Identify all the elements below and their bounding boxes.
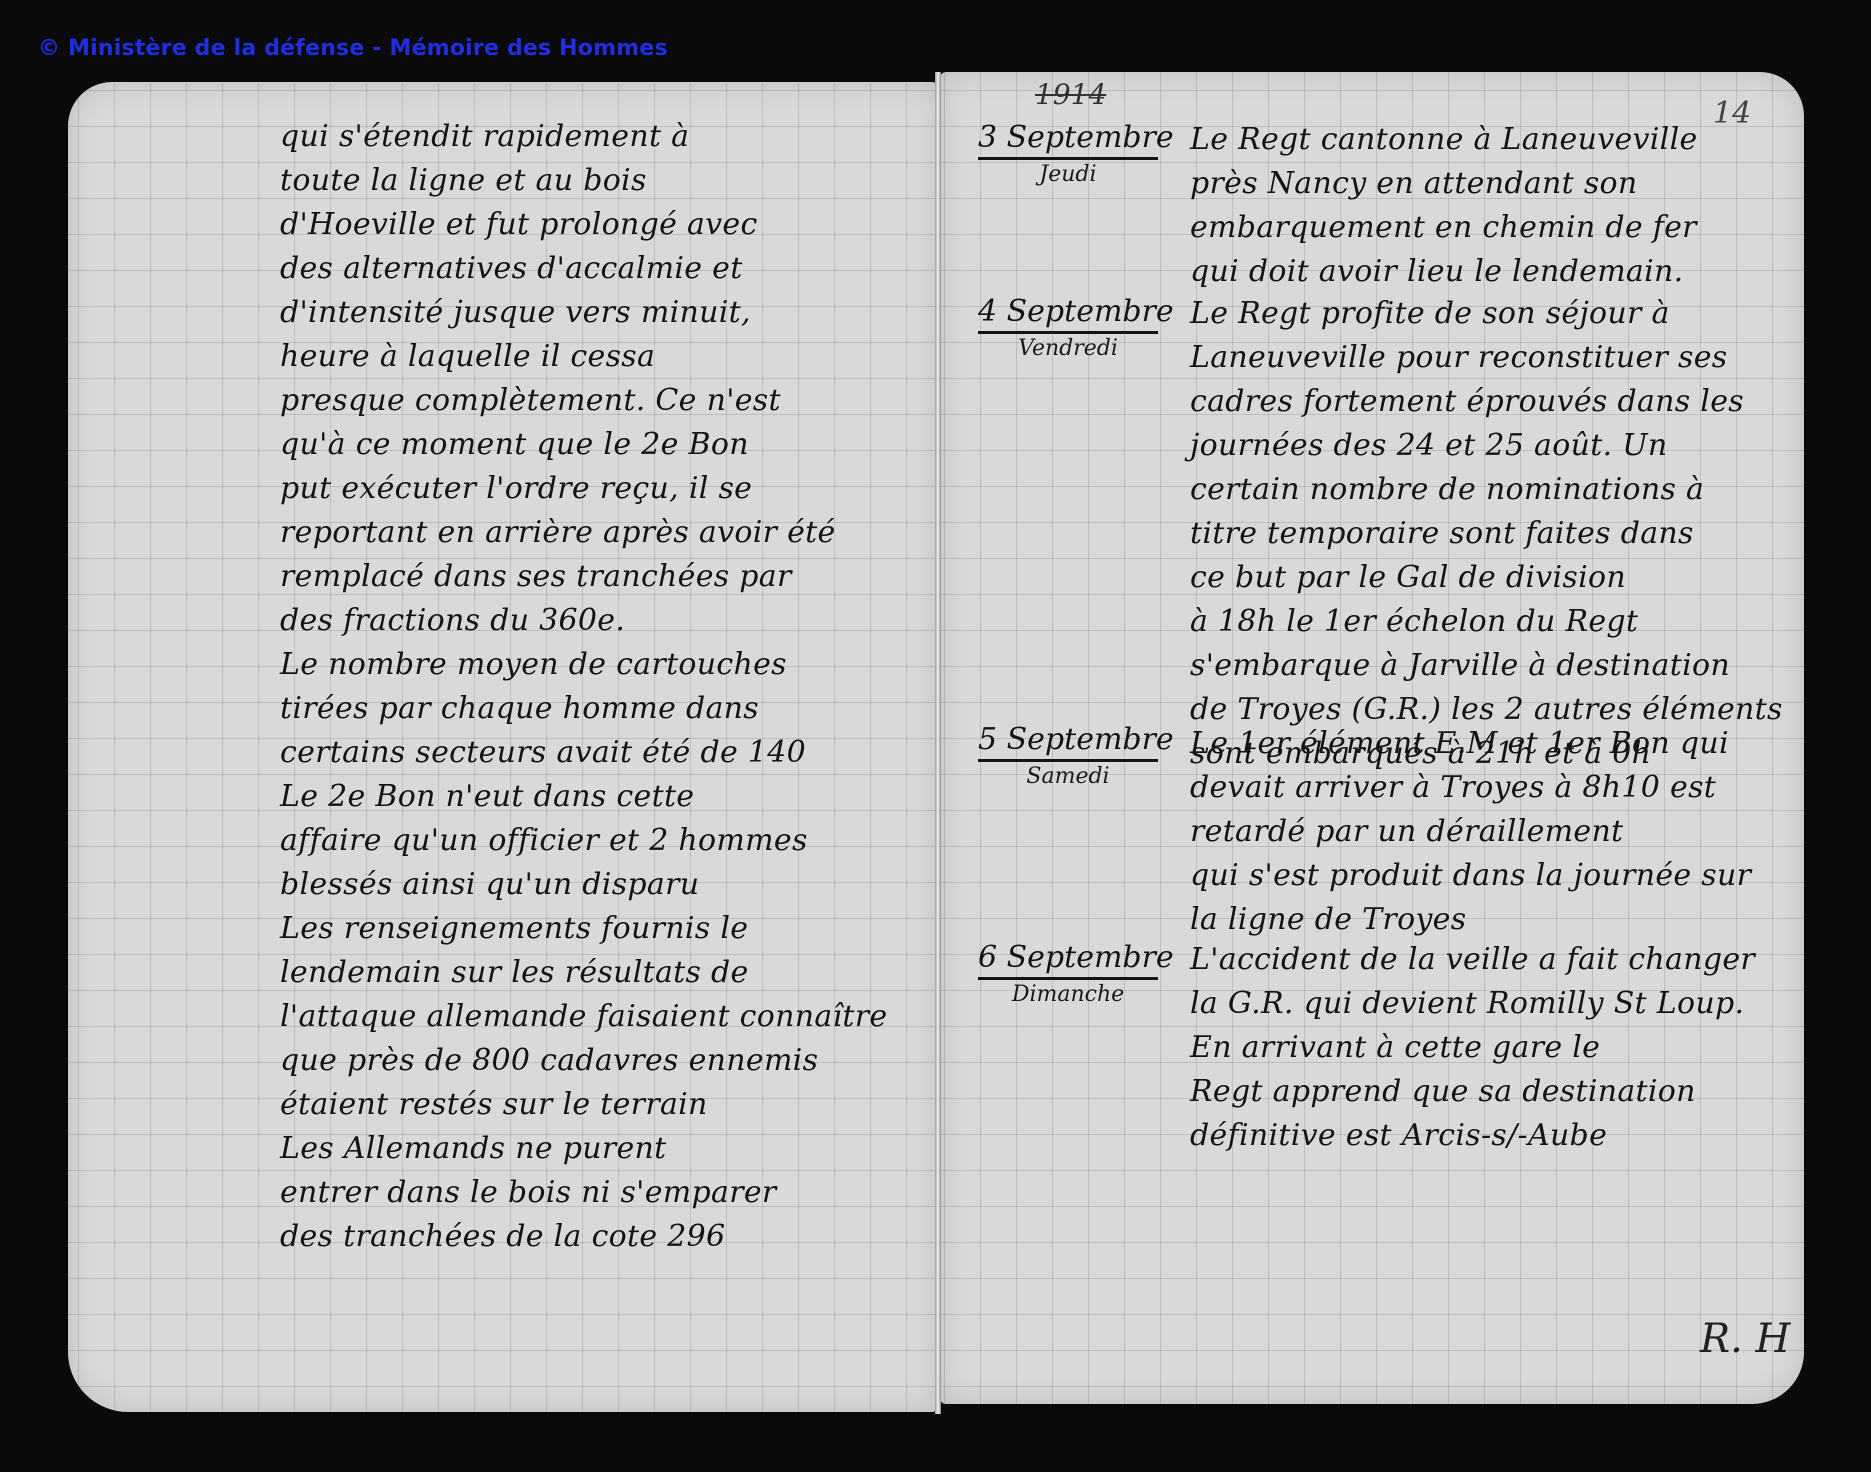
text-line: l'attaque allemande faisaient connaître bbox=[280, 995, 887, 1039]
weekday-label: Samedi bbox=[978, 764, 1158, 789]
date-label: 3 Septembre bbox=[978, 120, 1158, 160]
text-line: la ligne de Troyes bbox=[1190, 898, 1751, 942]
text-line: des alternatives d'accalmie et bbox=[280, 247, 743, 291]
date-label: 5 Septembre bbox=[978, 722, 1158, 762]
text-line: près Nancy en attendant son bbox=[1190, 162, 1698, 206]
initials-signature: R. H bbox=[1700, 1316, 1790, 1362]
weekday-label: Jeudi bbox=[978, 162, 1158, 187]
text-line: entrer dans le bois ni s'emparer bbox=[280, 1171, 777, 1215]
text-line: cadres fortement éprouvés dans les bbox=[1190, 380, 1783, 424]
text-line: tirées par chaque homme dans bbox=[280, 687, 759, 731]
date-heading: 4 Septembre Vendredi bbox=[978, 294, 1158, 361]
weekday-label: Dimanche bbox=[978, 982, 1158, 1007]
text-line: Le Regt cantonne à Laneuveville bbox=[1190, 118, 1698, 162]
text-line: retardé par un déraillement bbox=[1190, 810, 1751, 854]
diary-entry: Le 1er élément E.M et 1er Bon qui devait… bbox=[1190, 722, 1751, 942]
text-line: Regt apprend que sa destination bbox=[1190, 1070, 1755, 1114]
text-line: Les Allemands ne purent bbox=[280, 1127, 667, 1171]
text-line: blessés ainsi qu'un disparu bbox=[280, 863, 699, 907]
date-label: 4 Septembre bbox=[978, 294, 1158, 334]
text-line: qui s'étendit rapidement à bbox=[280, 115, 689, 159]
text-line: qui doit avoir lieu le lendemain. bbox=[1190, 250, 1698, 294]
text-line: définitive est Arcis-s/-Aube bbox=[1190, 1114, 1755, 1158]
text-line: ce but par le Gal de division bbox=[1190, 556, 1783, 600]
text-line: d'Hoeville et fut prolongé avec bbox=[280, 203, 758, 247]
text-line: lendemain sur les résultats de bbox=[280, 951, 749, 995]
text-line: titre temporaire sont faites dans bbox=[1190, 512, 1783, 556]
text-line: à 18h le 1er échelon du Regt bbox=[1190, 600, 1783, 644]
text-line: étaient restés sur le terrain bbox=[280, 1083, 708, 1127]
text-line: L'accident de la veille a fait changer bbox=[1190, 938, 1755, 982]
text-line: certains secteurs avait été de 140 bbox=[280, 731, 806, 775]
date-heading: 6 Septembre Dimanche bbox=[978, 940, 1158, 1007]
text-line: En arrivant à cette gare le bbox=[1190, 1026, 1755, 1070]
text-line: presque complètement. Ce n'est bbox=[280, 379, 781, 423]
copyright-watermark: © Ministère de la défense - Mémoire des … bbox=[38, 36, 668, 61]
text-line: qu'à ce moment que le 2e Bon bbox=[280, 423, 749, 467]
text-line: journées des 24 et 25 août. Un bbox=[1190, 424, 1783, 468]
year-heading: 1914 bbox=[1035, 78, 1106, 111]
diary-entry: Le Regt profite de son séjour à Laneuvev… bbox=[1190, 292, 1783, 776]
text-line: d'intensité jusque vers minuit, bbox=[280, 291, 751, 335]
text-line: que près de 800 cadavres ennemis bbox=[280, 1039, 818, 1083]
text-line: certain nombre de nominations à bbox=[1190, 468, 1783, 512]
text-line: des fractions du 360e. bbox=[280, 599, 625, 643]
text-line: qui s'est produit dans la journée sur bbox=[1190, 854, 1751, 898]
weekday-label: Vendredi bbox=[978, 336, 1158, 361]
date-label: 6 Septembre bbox=[978, 940, 1158, 980]
diary-entry: L'accident de la veille a fait changer l… bbox=[1190, 938, 1755, 1158]
text-line: Le Regt profite de son séjour à bbox=[1190, 292, 1783, 336]
date-heading: 3 Septembre Jeudi bbox=[978, 120, 1158, 187]
text-line: Laneuveville pour reconstituer ses bbox=[1190, 336, 1783, 380]
text-line: put exécuter l'ordre reçu, il se bbox=[280, 467, 752, 511]
text-line: heure à laquelle il cessa bbox=[280, 335, 655, 379]
page-number: 14 bbox=[1713, 96, 1751, 131]
notebook-spine-fold bbox=[935, 72, 941, 1414]
text-line: toute la ligne et au bois bbox=[280, 159, 647, 203]
text-line: Les renseignements fournis le bbox=[280, 907, 748, 951]
text-line: Le 1er élément E.M et 1er Bon qui bbox=[1190, 722, 1751, 766]
text-line: devait arriver à Troyes à 8h10 est bbox=[1190, 766, 1751, 810]
text-line: remplacé dans ses tranchées par bbox=[280, 555, 792, 599]
text-line: la G.R. qui devient Romilly St Loup. bbox=[1190, 982, 1755, 1026]
text-line: affaire qu'un officier et 2 hommes bbox=[280, 819, 808, 863]
diary-entry: Le Regt cantonne à Laneuveville près Nan… bbox=[1190, 118, 1698, 294]
text-line: Le 2e Bon n'eut dans cette bbox=[280, 775, 694, 819]
text-line: reportant en arrière après avoir été bbox=[280, 511, 836, 555]
text-line: embarquement en chemin de fer bbox=[1190, 206, 1698, 250]
text-line: Le nombre moyen de cartouches bbox=[280, 643, 787, 687]
text-line: s'embarque à Jarville à destination bbox=[1190, 644, 1783, 688]
text-line: des tranchées de la cote 296 bbox=[280, 1215, 725, 1259]
date-heading: 5 Septembre Samedi bbox=[978, 722, 1158, 789]
